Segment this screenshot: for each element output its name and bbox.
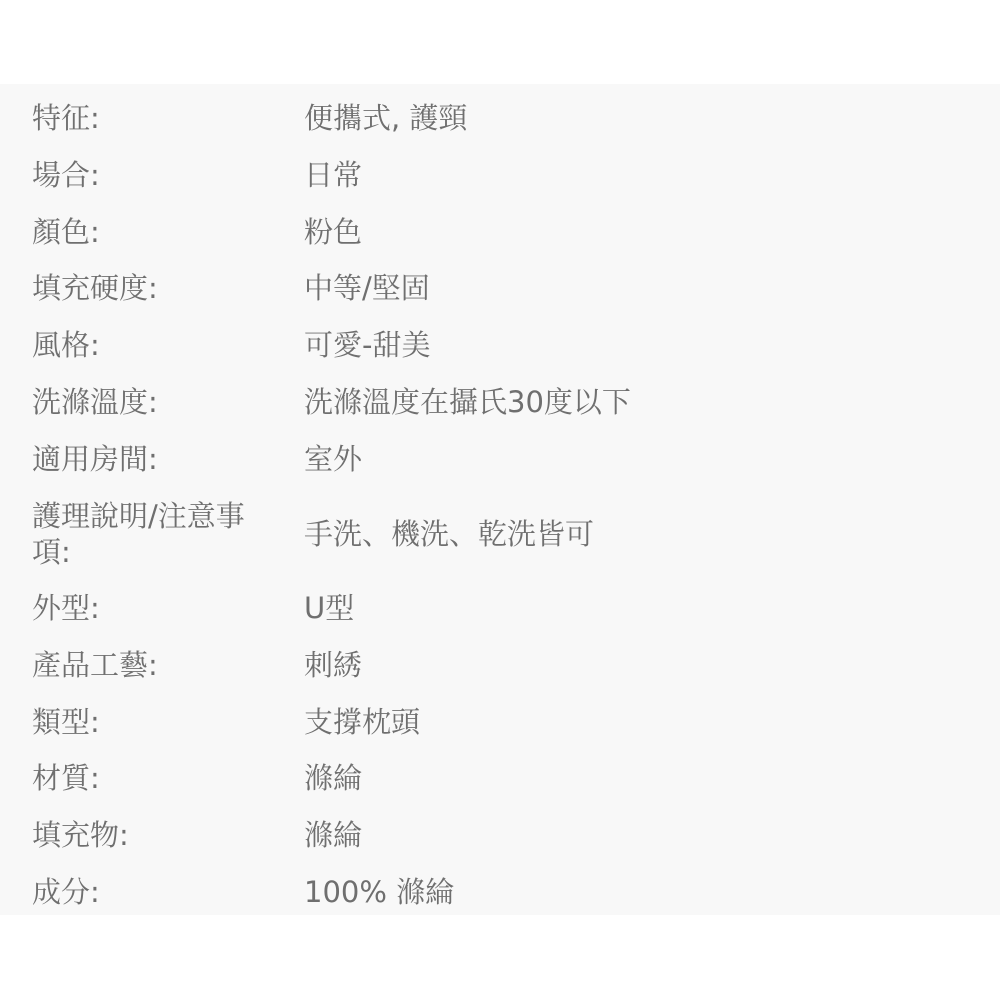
spec-row-color: 顏色: 粉色: [0, 214, 1000, 250]
spec-label: 填充物:: [32, 817, 272, 853]
spec-row-fill-firmness: 填充硬度: 中等/堅固: [0, 270, 1000, 306]
spec-value: 中等/堅固: [304, 270, 430, 306]
spec-row-applicable-room: 適用房間: 室外: [0, 441, 1000, 477]
spec-label: 特征:: [32, 100, 272, 136]
spec-row-wash-temperature: 洗滌溫度: 洗滌溫度在攝氏30度以下: [0, 384, 1000, 420]
spec-value: 日常: [304, 157, 362, 193]
spec-row-shape: 外型: U型: [0, 590, 1000, 626]
spec-value: 洗滌溫度在攝氏30度以下: [304, 384, 631, 420]
spec-value: 滌綸: [304, 760, 362, 796]
spec-label: 適用房間:: [32, 441, 272, 477]
product-specs-panel: 特征: 便攜式, 護頸 場合: 日常 顏色: 粉色 填充硬度: 中等/堅固 風格…: [0, 84, 1000, 915]
spec-row-filling: 填充物: 滌綸: [0, 817, 1000, 853]
spec-value: 滌綸: [304, 817, 362, 853]
spec-value: 便攜式, 護頸: [304, 100, 467, 136]
spec-value: 支撐枕頭: [304, 704, 420, 740]
spec-row-care-instructions: 護理說明/注意事項: 手洗、機洗、乾洗皆可: [0, 498, 1000, 570]
spec-label: 顏色:: [32, 214, 272, 250]
spec-row-feature: 特征: 便攜式, 護頸: [0, 100, 1000, 136]
spec-label: 洗滌溫度:: [32, 384, 272, 420]
spec-row-style: 風格: 可愛-甜美: [0, 327, 1000, 363]
spec-label: 護理說明/注意事項:: [32, 498, 272, 570]
spec-row-occasion: 場合: 日常: [0, 157, 1000, 193]
spec-row-craftsmanship: 產品工藝: 刺綉: [0, 647, 1000, 683]
spec-value: U型: [304, 590, 354, 626]
spec-row-composition: 成分: 100% 滌綸: [0, 874, 1000, 910]
spec-value: 刺綉: [304, 647, 362, 683]
spec-value: 可愛-甜美: [304, 327, 430, 363]
spec-label: 成分:: [32, 874, 272, 910]
spec-row-type: 類型: 支撐枕頭: [0, 704, 1000, 740]
spec-label: 類型:: [32, 704, 272, 740]
spec-label: 場合:: [32, 157, 272, 193]
spec-label: 填充硬度:: [32, 270, 272, 306]
spec-label: 產品工藝:: [32, 647, 272, 683]
spec-value: 粉色: [304, 214, 362, 250]
spec-value: 100% 滌綸: [304, 874, 454, 910]
spec-row-material: 材質: 滌綸: [0, 760, 1000, 796]
spec-label: 外型:: [32, 590, 272, 626]
spec-label: 材質:: [32, 760, 272, 796]
spec-value: 手洗、機洗、乾洗皆可: [304, 516, 594, 552]
spec-value: 室外: [304, 441, 362, 477]
spec-label: 風格:: [32, 327, 272, 363]
